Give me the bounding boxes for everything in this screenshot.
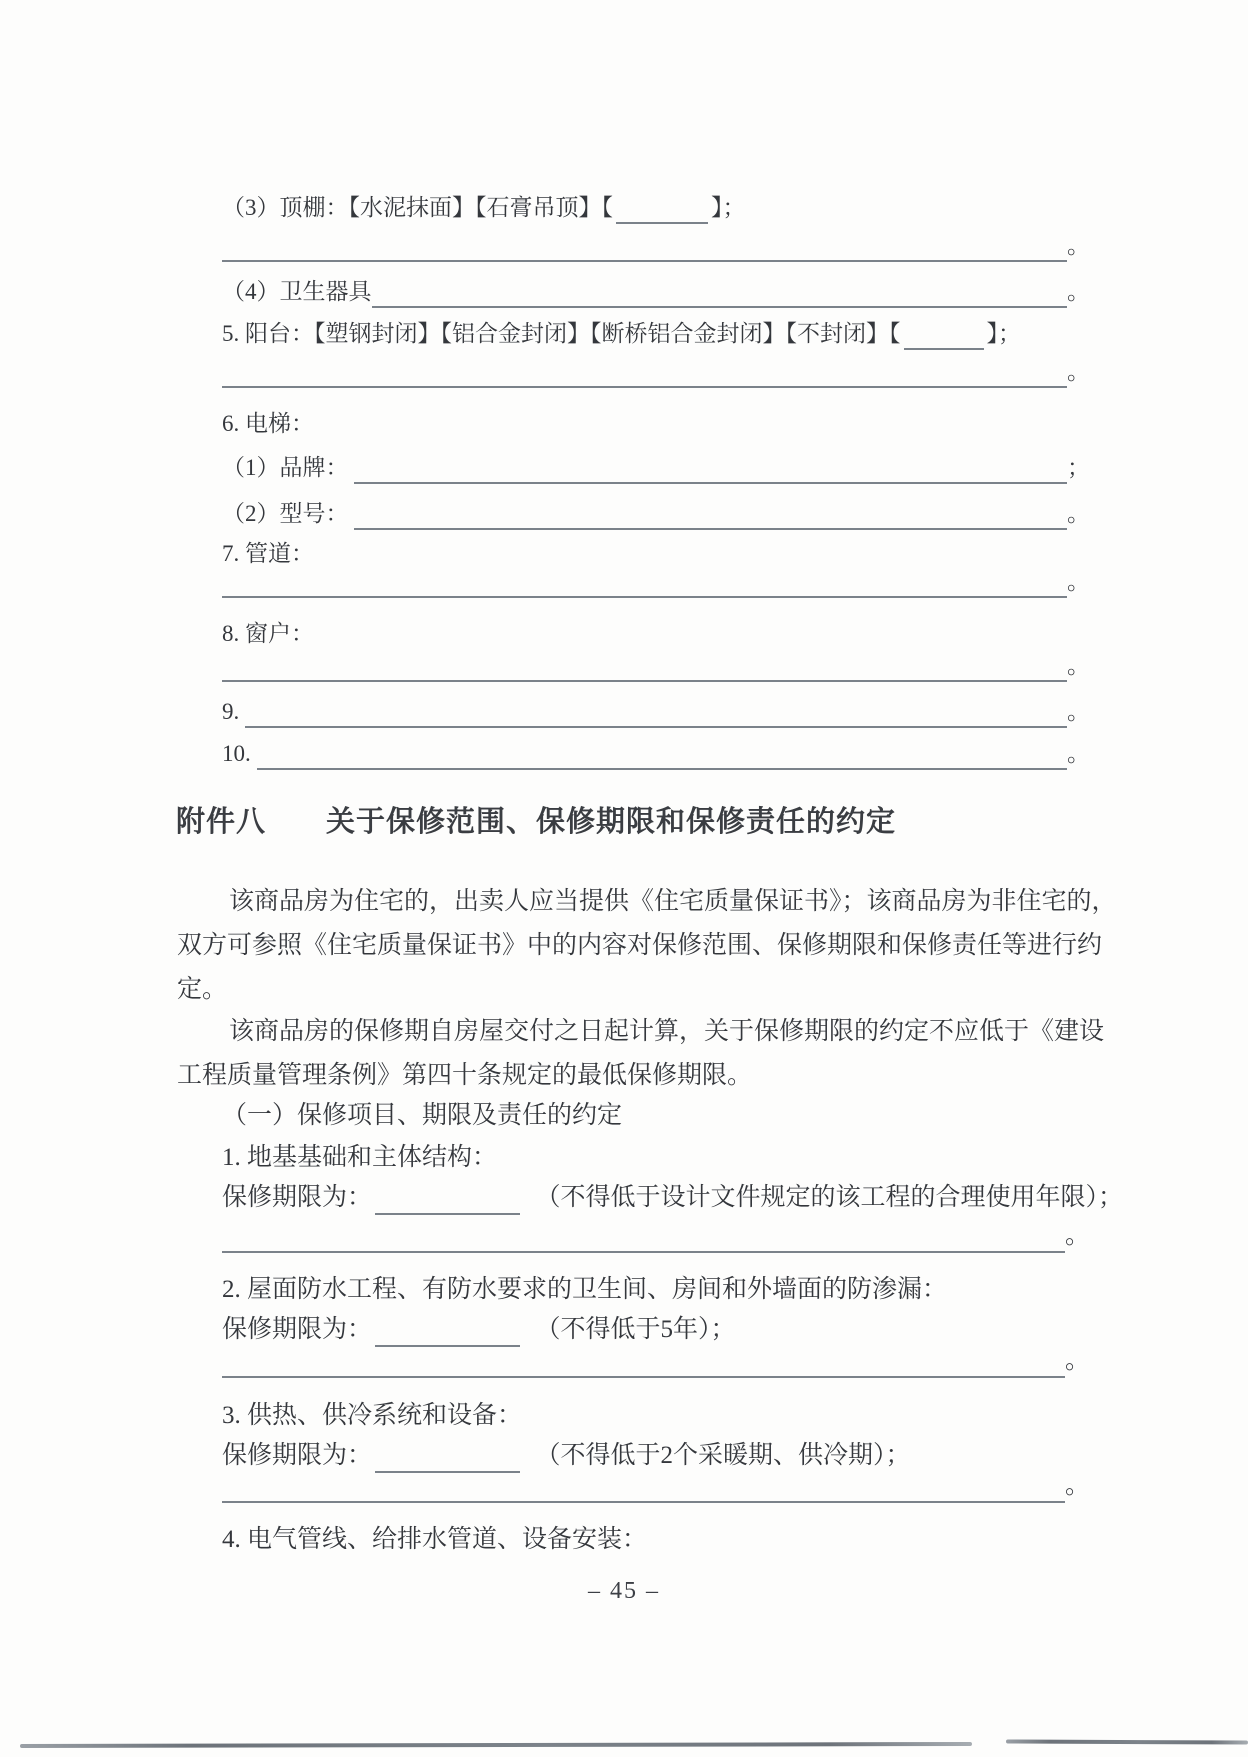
fill-line bbox=[222, 588, 1067, 598]
line-text: （2）型号： bbox=[222, 498, 354, 530]
blank-line: 。 bbox=[222, 1343, 1090, 1378]
line-text: （不得低于设计文件规定的该工程的合理使用年限）； bbox=[523, 1180, 1123, 1215]
fill-line bbox=[257, 760, 1068, 770]
line-text: （4）卫生器具 bbox=[222, 276, 372, 308]
item-electrical: 4. 电气管线、给排水管道、设备安装： bbox=[222, 1522, 647, 1557]
line-text: 保修期限为： bbox=[222, 1180, 372, 1215]
line-text: 。 bbox=[1065, 1343, 1090, 1378]
document-page: （3）顶棚：【水泥抹面】【石膏吊顶】【】；。（4）卫生器具。5. 阳台：【塑钢封… bbox=[0, 0, 1248, 1757]
fill-line bbox=[245, 718, 1067, 728]
para-warranty-1-line1: 该商品房为住宅的，出卖人应当提供《住宅质量保证书》；该商品房为非住宅的， bbox=[229, 884, 1117, 919]
warranty-period-waterproof: 保修期限为： （不得低于5年）； bbox=[222, 1312, 736, 1347]
line-text: 。 bbox=[1067, 566, 1090, 598]
line-text: 。 bbox=[1065, 1468, 1090, 1503]
item-9: 9. 。 bbox=[222, 696, 1090, 728]
line-text: 。 bbox=[1067, 650, 1090, 682]
item-windows: 8. 窗户： bbox=[222, 618, 314, 650]
line-text: 。 bbox=[1065, 1218, 1090, 1253]
fill-line bbox=[222, 378, 1067, 388]
line-text: 。 bbox=[1067, 356, 1090, 388]
fill-line bbox=[372, 298, 1068, 308]
item-hvac: 3. 供热、供冷系统和设备： bbox=[222, 1398, 522, 1433]
item-elevator-brand: （1）品牌： ； bbox=[222, 452, 1090, 484]
line-text: 。 bbox=[1067, 230, 1090, 262]
blank-line: 。 bbox=[222, 566, 1090, 598]
line-text: 保修期限为： bbox=[222, 1312, 372, 1347]
scan-artifact-line bbox=[1006, 1739, 1248, 1744]
blank-line: 。 bbox=[222, 356, 1090, 388]
blank-line: 。 bbox=[222, 1468, 1090, 1503]
blank-field bbox=[904, 340, 984, 350]
item-sanitary-ware: （4）卫生器具。 bbox=[222, 276, 1090, 308]
line-text: 。 bbox=[1067, 498, 1090, 530]
line-text: （1）品牌： bbox=[222, 452, 354, 484]
fill-line bbox=[222, 252, 1067, 262]
line-text: 5. 阳台：【塑钢封闭】【铝合金封闭】【断桥铝合金封闭】【不封闭】【 bbox=[222, 318, 901, 350]
attachment-8-heading: 附件八 关于保修范围、保修期限和保修责任的约定 bbox=[176, 802, 896, 842]
item-ceiling: （3）顶棚：【水泥抹面】【石膏吊顶】【】； bbox=[222, 192, 746, 224]
item-elevator: 6. 电梯： bbox=[222, 408, 314, 440]
scan-artifact-line bbox=[20, 1742, 972, 1748]
blank-line: 。 bbox=[222, 230, 1090, 262]
fill-line bbox=[354, 520, 1067, 530]
fill-line bbox=[222, 672, 1067, 682]
line-text: 。 bbox=[1067, 738, 1090, 770]
para-warranty-1-line2: 双方可参照《住宅质量保证书》中的内容对保修范围、保修期限和保修责任等进行约 bbox=[177, 928, 1102, 963]
para-warranty-2-line1: 该商品房的保修期自房屋交付之日起计算，关于保修期限的约定不应低于《建设 bbox=[229, 1014, 1104, 1049]
line-text: 】； bbox=[711, 192, 746, 224]
item-foundation: 1. 地基基础和主体结构： bbox=[222, 1140, 497, 1175]
line-text: ； bbox=[1067, 452, 1090, 484]
item-elevator-model: （2）型号： 。 bbox=[222, 498, 1090, 530]
line-text: 】； bbox=[987, 318, 1022, 350]
line-text: 。 bbox=[1067, 276, 1090, 308]
item-waterproof: 2. 屋面防水工程、有防水要求的卫生间、房间和外墙面的防渗漏： bbox=[222, 1272, 947, 1307]
line-text: （3）顶棚：【水泥抹面】【石膏吊顶】【 bbox=[222, 192, 613, 224]
warranty-period-foundation: 保修期限为： （不得低于设计文件规定的该工程的合理使用年限）； bbox=[222, 1180, 1123, 1215]
fill-line bbox=[222, 1243, 1065, 1253]
blank-line: 。 bbox=[222, 1218, 1090, 1253]
line-text: 。 bbox=[1067, 696, 1090, 728]
line-text: 10. bbox=[222, 738, 257, 770]
item-10: 10. 。 bbox=[222, 738, 1090, 770]
item-balcony: 5. 阳台：【塑钢封闭】【铝合金封闭】【断桥铝合金封闭】【不封闭】【】； bbox=[222, 318, 1021, 350]
para-warranty-2-line2: 工程质量管理条例》第四十条规定的最低保修期限。 bbox=[177, 1058, 752, 1093]
blank-field bbox=[375, 1205, 520, 1215]
fill-line bbox=[354, 474, 1067, 484]
fill-line bbox=[222, 1368, 1065, 1378]
para-warranty-1-line3: 定。 bbox=[177, 972, 227, 1007]
page-number: – 45 – bbox=[0, 1578, 1248, 1605]
line-text: （不得低于5年）； bbox=[523, 1312, 736, 1347]
line-text: 9. bbox=[222, 696, 245, 728]
section-1-title: （一）保修项目、期限及责任的约定 bbox=[222, 1098, 622, 1133]
blank-field bbox=[616, 214, 708, 224]
blank-line: 。 bbox=[222, 650, 1090, 682]
fill-line bbox=[222, 1493, 1065, 1503]
